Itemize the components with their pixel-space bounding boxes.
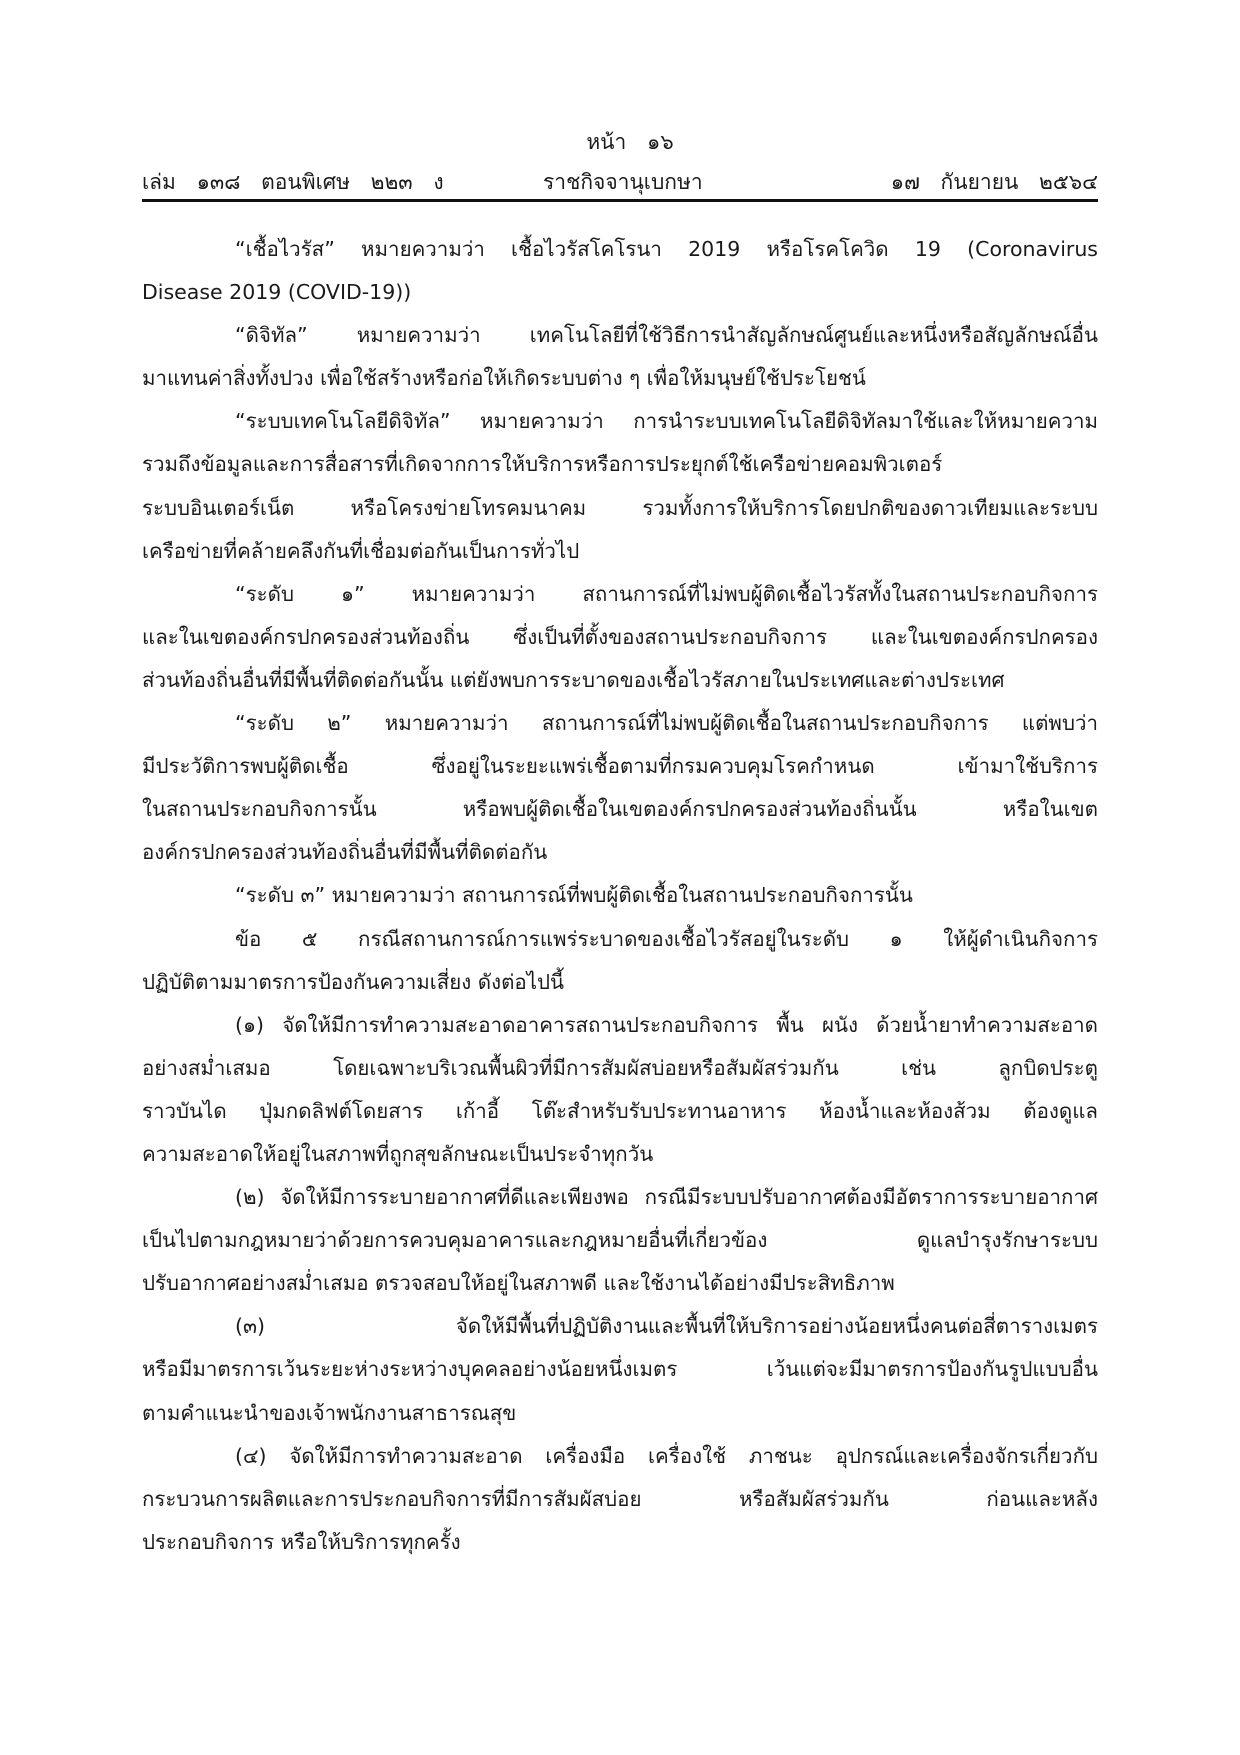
text-line: Disease 2019 (COVID-19))	[142, 271, 1098, 314]
text-line: ส่วนท้องถิ่นอื่นที่มีพื้นที่ติดต่อกันนั้…	[142, 659, 1098, 702]
page-number: หน้า ๑๖	[0, 126, 1240, 159]
text-line: ประกอบกิจการ หรือให้บริการทุกครั้ง	[142, 1521, 1098, 1564]
header-divider	[142, 199, 1098, 202]
text-line: ปฏิบัติตามมาตรการป้องกันความเสี่ยง ดังต่…	[142, 961, 1098, 1004]
text-line: “ดิจิทัล” หมายความว่า เทคโนโลยีที่ใช้วิธ…	[142, 314, 1098, 357]
text-line: กระบวนการผลิตและการประกอบกิจการที่มีการส…	[142, 1478, 1098, 1521]
text-line: เป็นไปตามกฎหมายว่าด้วยการควบคุมอาคารและก…	[142, 1219, 1098, 1262]
text-line: (๒) จัดให้มีการระบายอากาศที่ดีและเพียงพอ…	[142, 1176, 1098, 1219]
text-line: มาแทนค่าสิ่งทั้งปวง เพื่อใช้สร้างหรือก่อ…	[142, 357, 1098, 400]
publication-title: ราชกิจจานุเบกษา	[543, 166, 703, 199]
text-line: “ระดับ ๒” หมายความว่า สถานการณ์ที่ไม่พบผ…	[142, 702, 1098, 745]
text-line: ระบบอินเตอร์เน็ต หรือโครงข่ายโทรคมนาคม ร…	[142, 487, 1098, 530]
text-line: ราวบันได ปุ่มกดลิฟต์โดยสาร เก้าอี้ โต๊ะส…	[142, 1090, 1098, 1133]
text-line: (๑) จัดให้มีการทำความสะอาดอาคารสถานประกอ…	[142, 1004, 1098, 1047]
text-line: “ระดับ ๓” หมายความว่า สถานการณ์ที่พบผู้ต…	[142, 874, 1098, 917]
text-line: เครือข่ายที่คล้ายคลึงกันที่เชื่อมต่อกันเ…	[142, 530, 1098, 573]
text-line: และในเขตองค์กรปกครองส่วนท้องถิ่น ซึ่งเป็…	[142, 616, 1098, 659]
text-line: ปรับอากาศอย่างสม่ำเสมอ ตรวจสอบให้อยู่ในส…	[142, 1262, 1098, 1305]
text-line: (๓) จัดให้มีพื้นที่ปฏิบัติงานและพื้นที่ใ…	[142, 1305, 1098, 1348]
volume-issue: เล่ม ๑๓๘ ตอนพิเศษ ๒๒๓ ง	[142, 166, 444, 199]
text-line: รวมถึงข้อมูลและการสื่อสารที่เกิดจากการให…	[142, 443, 1098, 486]
text-line: “ระดับ ๑” หมายความว่า สถานการณ์ที่ไม่พบผ…	[142, 573, 1098, 616]
publication-date: ๑๗ กันยายน ๒๕๖๔	[891, 166, 1098, 199]
text-line: (๔) จัดให้มีการทำความสะอาด เครื่องมือ เค…	[142, 1435, 1098, 1478]
text-line: “ระบบเทคโนโลยีดิจิทัล” หมายความว่า การนำ…	[142, 400, 1098, 443]
text-line: “เชื้อไวรัส” หมายความว่า เชื้อไวรัสโคโรน…	[142, 228, 1098, 271]
text-line: ตามคำแนะนำของเจ้าพนักงานสาธารณสุข	[142, 1392, 1098, 1435]
text-line: ข้อ ๕ กรณีสถานการณ์การแพร่ระบาดของเชื้อไ…	[142, 918, 1098, 961]
document-body: “เชื้อไวรัส” หมายความว่า เชื้อไวรัสโคโรน…	[142, 228, 1098, 1564]
text-line: หรือมีมาตรการเว้นระยะห่างระหว่างบุคคลอย่…	[142, 1348, 1098, 1391]
text-line: มีประวัติการพบผู้ติดเชื้อ ซึ่งอยู่ในระยะ…	[142, 745, 1098, 788]
text-line: อย่างสม่ำเสมอ โดยเฉพาะบริเวณพื้นผิวที่มี…	[142, 1047, 1098, 1090]
text-line: ความสะอาดให้อยู่ในสภาพที่ถูกสุขลักษณะเป็…	[142, 1133, 1098, 1176]
gazette-header: เล่ม ๑๓๘ ตอนพิเศษ ๒๒๓ ง ราชกิจจานุเบกษา …	[142, 166, 1098, 198]
text-line: องค์กรปกครองส่วนท้องถิ่นอื่นที่มีพื้นที่…	[142, 831, 1098, 874]
text-line: ในสถานประกอบกิจการนั้น หรือพบผู้ติดเชื้อ…	[142, 788, 1098, 831]
